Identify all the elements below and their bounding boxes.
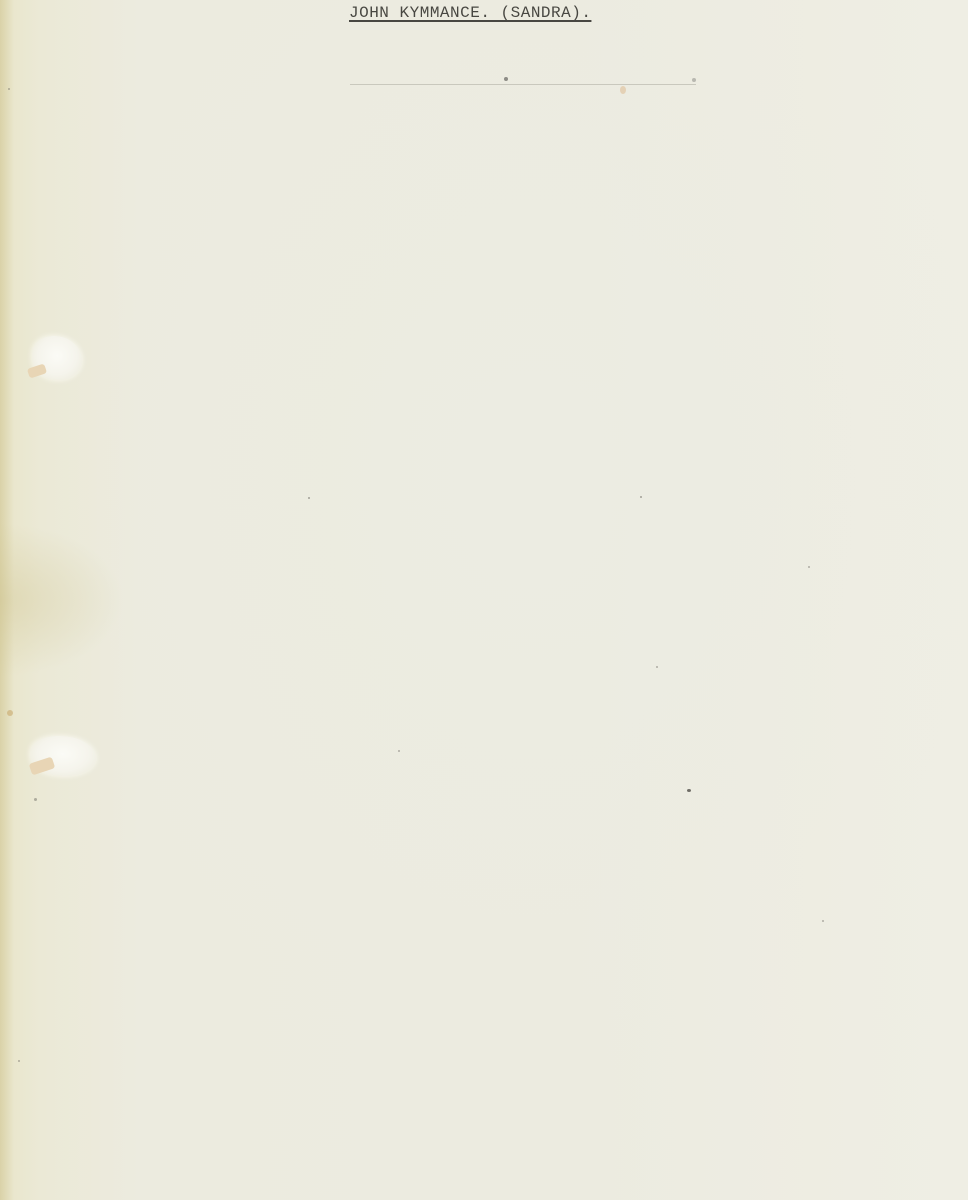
ink-speck xyxy=(640,496,642,498)
ink-speck xyxy=(34,798,37,801)
rust-stain xyxy=(620,86,626,94)
ink-speck xyxy=(822,920,824,922)
ink-speck xyxy=(18,1060,20,1062)
rule-line xyxy=(350,84,696,85)
paper-left-edge-discoloration xyxy=(0,0,14,1200)
ink-speck xyxy=(687,789,691,792)
ink-speck xyxy=(808,566,810,568)
punch-hole-upper xyxy=(32,336,82,380)
rust-stain xyxy=(7,710,13,716)
ink-speck xyxy=(398,750,400,752)
document-title: JOHN KYMMANCE. (SANDRA). xyxy=(349,4,591,22)
paper-sheet xyxy=(0,0,968,1200)
rule-dot-mark xyxy=(692,78,696,82)
ink-speck xyxy=(308,497,310,499)
ink-speck xyxy=(8,88,10,90)
ink-speck xyxy=(656,666,658,668)
rule-dot-mark xyxy=(504,77,508,81)
punch-hole-lower xyxy=(30,736,96,776)
